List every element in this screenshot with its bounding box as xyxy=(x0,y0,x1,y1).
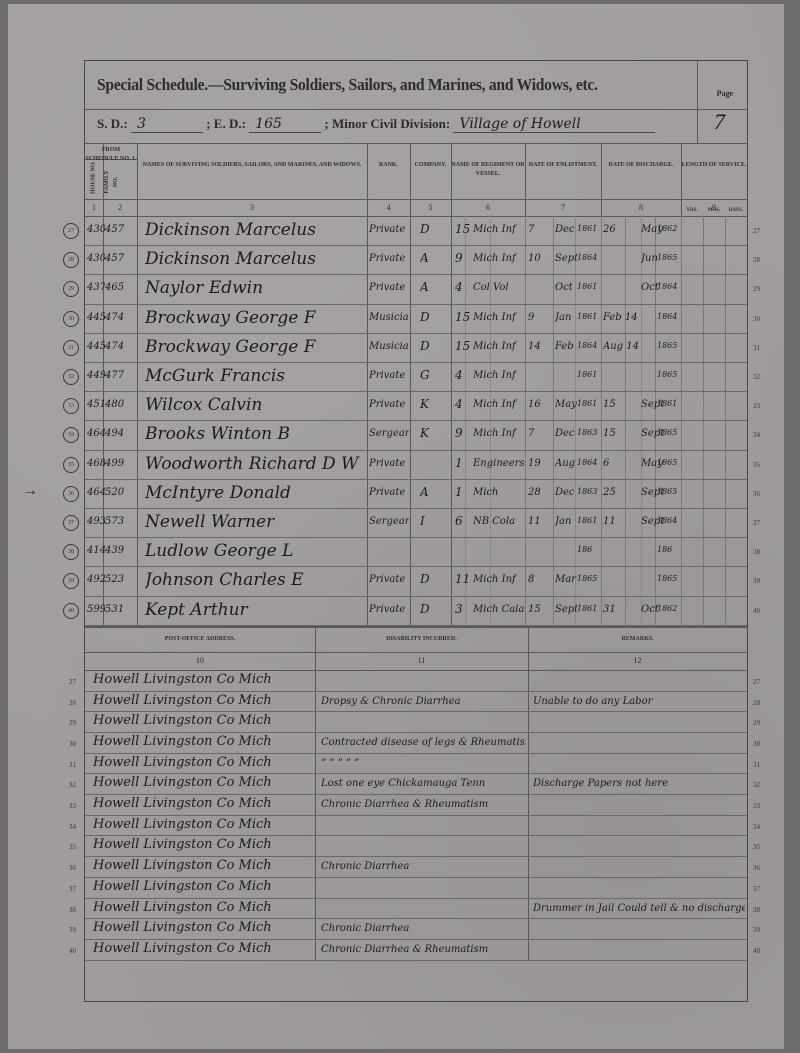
house-number: 451 xyxy=(87,399,105,410)
disability-incurred: Chronic Diarrhea xyxy=(321,923,526,934)
enlistment-month: Jan xyxy=(555,312,577,323)
margin-arrow-icon: → xyxy=(22,482,38,500)
enlistment-year: 1861 xyxy=(577,399,601,408)
row-rule xyxy=(85,566,747,567)
soldier-name: Brockway George F xyxy=(145,337,360,357)
rank: Sergeant xyxy=(369,428,409,439)
house-number: 464 xyxy=(87,428,105,439)
regiment-name: Mich Inf xyxy=(473,574,525,585)
right-line-number: 30 xyxy=(753,315,760,323)
post-office-address: Howell Livingston Co Mich xyxy=(93,817,313,832)
col-rule xyxy=(528,626,529,960)
discharge-year: 1864 xyxy=(657,282,681,291)
enlistment-day: 8 xyxy=(528,574,552,585)
right-line-number: 36 xyxy=(753,490,760,498)
enlistment-year: 1861 xyxy=(577,282,601,291)
row-rule xyxy=(85,245,747,246)
soldier-name: Brockway George F xyxy=(145,308,360,328)
service-subheader: Days. xyxy=(725,206,747,215)
regiment-number: 15 xyxy=(455,339,475,353)
right-line-number: 35 xyxy=(753,461,760,469)
row-rule xyxy=(85,450,747,451)
regiment-name: Mich Cala xyxy=(473,604,525,615)
column-header-8: Date of Discharge. xyxy=(601,161,681,170)
regiment-name: Mich Inf xyxy=(473,399,525,410)
discharge-day: Feb 14 xyxy=(603,312,641,323)
enlistment-month: Feb xyxy=(555,341,577,352)
regiment-number: 9 xyxy=(455,251,475,265)
enlistment-day: 11 xyxy=(528,516,552,527)
column-number-5: 5 xyxy=(410,203,451,212)
left-line-number: 35 xyxy=(69,843,76,851)
right-line-number: 38 xyxy=(753,548,760,556)
discharge-day: 26 xyxy=(603,224,641,235)
rank: Private xyxy=(369,604,409,615)
rule xyxy=(85,143,747,144)
row-rule xyxy=(85,732,747,733)
house-number: 468 xyxy=(87,458,105,469)
discharge-year: 186 xyxy=(657,545,681,554)
schedule-title: Special Schedule.—Surviving Soldiers, Sa… xyxy=(97,75,598,95)
family-number: 457 xyxy=(105,224,135,235)
enlistment-year: 1861 xyxy=(577,224,601,233)
discharge-year: 1865 xyxy=(657,574,681,583)
regiment-name: Col Vol xyxy=(473,282,525,293)
discharge-day: 31 xyxy=(603,604,641,615)
company: G xyxy=(420,368,448,382)
column-header-1: House No. xyxy=(90,161,99,195)
family-number: 499 xyxy=(105,458,135,469)
left-line-number: 27 xyxy=(69,678,76,686)
post-office-address: Howell Livingston Co Mich xyxy=(93,713,313,728)
house-number: 492 xyxy=(87,574,105,585)
enlistment-year: 186 xyxy=(577,545,601,554)
enlistment-day: 7 xyxy=(528,224,552,235)
enlistment-day: 7 xyxy=(528,428,552,439)
service-subheader: Mos. xyxy=(703,206,725,215)
post-office-address: Howell Livingston Co Mich xyxy=(93,775,313,790)
soldier-name: Dickinson Marcelus xyxy=(145,249,360,269)
enlistment-year: 1861 xyxy=(577,516,601,525)
family-number: 474 xyxy=(105,312,135,323)
enlistment-month: Jan xyxy=(555,516,577,527)
column-header-10: Post-office Address. xyxy=(85,635,315,644)
house-number: 414 xyxy=(87,545,105,556)
column-header-6: Name of Regiment or Vessel. xyxy=(451,161,525,179)
rank: Sergeant xyxy=(369,516,409,527)
regiment-number: 4 xyxy=(455,280,475,294)
column-number-8: 8 xyxy=(601,203,681,212)
regiment-number: 4 xyxy=(455,397,475,411)
right-line-number: 28 xyxy=(753,256,760,264)
line-number-circle: 35 xyxy=(63,457,79,473)
rank: Private xyxy=(369,399,409,410)
sd-value: 3 xyxy=(131,116,203,133)
line-number-circle: 36 xyxy=(63,486,79,502)
discharge-day: 15 xyxy=(603,399,641,410)
enlistment-year: 1861 xyxy=(577,370,601,379)
column-number-3: 3 xyxy=(137,203,367,212)
house-number: 430 xyxy=(87,224,105,235)
row-rule xyxy=(85,960,747,961)
left-line-number: 37 xyxy=(69,885,76,893)
house-number: 464 xyxy=(87,487,105,498)
left-line-number: 30 xyxy=(69,740,76,748)
row-rule xyxy=(85,274,747,275)
row-rule xyxy=(85,596,747,597)
rule xyxy=(85,199,747,200)
regiment-number: 11 xyxy=(455,572,475,586)
right-line-number: 39 xyxy=(753,577,760,585)
enlistment-year: 1864 xyxy=(577,458,601,467)
service-subheader: Yrs. xyxy=(681,206,703,215)
post-office-address: Howell Livingston Co Mich xyxy=(93,672,313,687)
row-rule xyxy=(85,391,747,392)
house-number: 493 xyxy=(87,516,105,527)
column-header-3: Names of Surviving Soldiers, Sailors, an… xyxy=(137,161,367,170)
right-line-number: 32 xyxy=(753,373,760,381)
soldier-name: Wilcox Calvin xyxy=(145,395,360,415)
row-rule xyxy=(85,753,747,754)
right-line-number: 33 xyxy=(753,402,760,410)
row-rule xyxy=(85,420,747,421)
regiment-number: 1 xyxy=(455,456,475,470)
family-number: 480 xyxy=(105,399,135,410)
family-number: 457 xyxy=(105,253,135,264)
row-rule xyxy=(85,877,747,878)
row-rule xyxy=(85,333,747,334)
column-number-2: 2 xyxy=(103,203,137,212)
house-number: 445 xyxy=(87,341,105,352)
column-number-4: 4 xyxy=(367,203,410,212)
left-line-number: 31 xyxy=(69,761,76,769)
column-header-7: Date of Enlistment. xyxy=(525,161,601,170)
discharge-year: 1861 xyxy=(657,399,681,408)
right-line-number: 29 xyxy=(753,285,760,293)
company: K xyxy=(420,397,448,411)
rule xyxy=(85,216,747,217)
row-rule xyxy=(85,362,747,363)
soldier-name: McIntyre Donald xyxy=(145,483,360,503)
enlistment-day: 16 xyxy=(528,399,552,410)
enlistment-month: Sept xyxy=(555,604,577,615)
company: D xyxy=(420,572,448,586)
enlistment-year: 1863 xyxy=(577,487,601,496)
post-office-address: Howell Livingston Co Mich xyxy=(93,837,313,852)
page-label: Page xyxy=(717,89,733,98)
right-line-number: 35 xyxy=(753,843,760,851)
column-number-6: 6 xyxy=(451,203,525,212)
row-rule xyxy=(85,773,747,774)
enlistment-year: 1865 xyxy=(577,574,601,583)
discharge-year: 1865 xyxy=(657,487,681,496)
discharge-day: Aug 14 xyxy=(603,341,641,352)
row-rule xyxy=(85,479,747,480)
discharge-year: 1865 xyxy=(657,341,681,350)
rank: Private xyxy=(369,370,409,381)
house-number: 445 xyxy=(87,312,105,323)
disability-incurred: Dropsy & Chronic Diarrhea xyxy=(321,696,526,707)
right-line-number: 34 xyxy=(753,431,760,439)
left-line-number: 34 xyxy=(69,823,76,831)
post-office-address: Howell Livingston Co Mich xyxy=(93,858,313,873)
family-number: 523 xyxy=(105,574,135,585)
post-office-address: Howell Livingston Co Mich xyxy=(93,879,313,894)
rule xyxy=(85,670,747,671)
column-number-7: 7 xyxy=(525,203,601,212)
mcd-value: Village of Howell xyxy=(453,116,655,133)
family-number: 494 xyxy=(105,428,135,439)
soldier-name: Brooks Winton B xyxy=(145,424,360,444)
enlistment-month: Dec xyxy=(555,428,577,439)
left-line-number: 36 xyxy=(69,864,76,872)
enlistment-month: Aug xyxy=(555,458,577,469)
post-office-address: Howell Livingston Co Mich xyxy=(93,693,313,708)
column-header-9: Length of Service. xyxy=(681,161,747,170)
row-rule xyxy=(85,815,747,816)
post-office-address: Howell Livingston Co Mich xyxy=(93,755,313,770)
line-number-circle: 31 xyxy=(63,340,79,356)
remarks: Discharge Papers not here xyxy=(533,778,745,789)
enlistment-month: Mar xyxy=(555,574,577,585)
column-header-12: Remarks. xyxy=(528,635,747,644)
enlistment-month: May xyxy=(555,399,577,410)
row-rule xyxy=(85,918,747,919)
right-line-number: 37 xyxy=(753,885,760,893)
discharge-year: 1865 xyxy=(657,370,681,379)
company: A xyxy=(420,251,448,265)
rank: Private xyxy=(369,224,409,235)
regiment-name: Mich Inf xyxy=(473,428,525,439)
line-number-circle: 40 xyxy=(63,603,79,619)
column-number-11: 11 xyxy=(315,656,528,665)
page-number: 7 xyxy=(714,109,725,135)
enlistment-month: Sept xyxy=(555,253,577,264)
house-number: 599 xyxy=(87,604,105,615)
remarks: Unable to do any Labor xyxy=(533,696,745,707)
row-rule xyxy=(85,856,747,857)
right-line-number: 31 xyxy=(753,344,760,352)
regiment-name: Mich Inf xyxy=(473,312,525,323)
discharge-day: 25 xyxy=(603,487,641,498)
family-number: 520 xyxy=(105,487,135,498)
regiment-name: Mich xyxy=(473,487,525,498)
post-office-address: Howell Livingston Co Mich xyxy=(93,734,313,749)
enlistment-day: 19 xyxy=(528,458,552,469)
enlistment-day: 28 xyxy=(528,487,552,498)
soldier-name: McGurk Francis xyxy=(145,366,360,386)
discharge-year: 1864 xyxy=(657,312,681,321)
soldier-name: Johnson Charles E xyxy=(145,570,360,590)
disability-incurred: Chronic Diarrhea & Rheumatism xyxy=(321,944,526,955)
column-number-12: 12 xyxy=(528,656,747,665)
soldier-name: Newell Warner xyxy=(145,512,360,532)
enlistment-month: Dec xyxy=(555,224,577,235)
right-line-number: 39 xyxy=(753,926,760,934)
enlistment-year: 1863 xyxy=(577,428,601,437)
soldier-name: Dickinson Marcelus xyxy=(145,220,360,240)
house-number: 430 xyxy=(87,253,105,264)
disability-incurred: Contracted disease of legs & Rheumatism xyxy=(321,737,526,748)
special-schedule-form: Special Schedule.—Surviving Soldiers, Sa… xyxy=(84,60,748,1002)
enlistment-year: 1864 xyxy=(577,253,601,262)
company: A xyxy=(420,485,448,499)
mcd-label: ; Minor Civil Division: xyxy=(324,116,450,131)
regiment-number: 15 xyxy=(455,222,475,236)
regiment-number: 9 xyxy=(455,426,475,440)
regiment-number: 6 xyxy=(455,514,475,528)
right-line-number: 29 xyxy=(753,719,760,727)
right-line-number: 27 xyxy=(753,678,760,686)
ed-value: 165 xyxy=(249,116,321,133)
line-number-circle: 30 xyxy=(63,311,79,327)
company: A xyxy=(420,280,448,294)
rank: Musician xyxy=(369,312,409,323)
regiment-name: Mich Inf xyxy=(473,341,525,352)
right-line-number: 30 xyxy=(753,740,760,748)
right-line-number: 40 xyxy=(753,607,760,615)
row-rule xyxy=(85,835,747,836)
row-rule xyxy=(85,304,747,305)
discharge-day: 15 xyxy=(603,428,641,439)
discharge-year: 1865 xyxy=(657,458,681,467)
family-number: 573 xyxy=(105,516,135,527)
column-header-5: Company. xyxy=(410,161,451,170)
regiment-name: NB Cola xyxy=(473,516,525,527)
column-header-4: Rank. xyxy=(367,161,410,170)
column-header-11: Disability Incurred. xyxy=(315,635,528,644)
discharge-day: 6 xyxy=(603,458,641,469)
soldier-name: Woodworth Richard D W xyxy=(145,454,360,474)
discharge-year: 1862 xyxy=(657,224,681,233)
enlistment-year: 1864 xyxy=(577,341,601,350)
rule xyxy=(85,109,747,110)
right-line-number: 32 xyxy=(753,781,760,789)
disability-incurred: Chronic Diarrhea xyxy=(321,861,526,872)
row-rule xyxy=(85,711,747,712)
disability-incurred: Lost one eye Chickamauga Tenn xyxy=(321,778,526,789)
enlistment-year: 1861 xyxy=(577,604,601,613)
sd-label: S. D.: xyxy=(97,116,128,131)
family-number: 465 xyxy=(105,282,135,293)
row-rule xyxy=(85,898,747,899)
family-number: 531 xyxy=(105,604,135,615)
family-number: 439 xyxy=(105,545,135,556)
col-rule xyxy=(315,626,316,960)
company: K xyxy=(420,426,448,440)
family-number: 474 xyxy=(105,341,135,352)
left-line-number: 38 xyxy=(69,906,76,914)
discharge-year: 1865 xyxy=(657,428,681,437)
discharge-year: 1862 xyxy=(657,604,681,613)
enlistment-day: 10 xyxy=(528,253,552,264)
right-line-number: 37 xyxy=(753,519,760,527)
soldier-name: Ludlow George L xyxy=(145,541,360,561)
line-number-circle: 37 xyxy=(63,515,79,531)
remarks: Drummer in Jail Could tell & no discharg… xyxy=(533,903,745,914)
right-line-number: 33 xyxy=(753,802,760,810)
company: D xyxy=(420,602,448,616)
column-number-1: 1 xyxy=(85,203,103,212)
regiment-number: 15 xyxy=(455,310,475,324)
disability-incurred: Chronic Diarrhea & Rheumatism xyxy=(321,799,526,810)
rule xyxy=(85,626,747,628)
company: D xyxy=(420,339,448,353)
right-line-number: 34 xyxy=(753,823,760,831)
right-line-number: 38 xyxy=(753,906,760,914)
line-number-circle: 27 xyxy=(63,223,79,239)
post-office-address: Howell Livingston Co Mich xyxy=(93,941,313,956)
regiment-number: 3 xyxy=(455,602,475,616)
enlistment-month: Dec xyxy=(555,487,577,498)
discharge-year: 1864 xyxy=(657,516,681,525)
soldier-name: Naylor Edwin xyxy=(145,278,360,298)
ed-label: ; E. D.: xyxy=(206,116,246,131)
row-rule xyxy=(85,508,747,509)
rank: Private xyxy=(369,282,409,293)
rule xyxy=(697,61,698,143)
left-line-number: 28 xyxy=(69,699,76,707)
row-rule xyxy=(85,794,747,795)
right-line-number: 27 xyxy=(753,227,760,235)
left-line-number: 39 xyxy=(69,926,76,934)
district-info: S. D.: 3 ; E. D.: 165 ; Minor Civil Divi… xyxy=(97,116,655,133)
post-office-address: Howell Livingston Co Mich xyxy=(93,900,313,915)
left-line-number: 40 xyxy=(69,947,76,955)
right-line-number: 28 xyxy=(753,699,760,707)
enlistment-day: 14 xyxy=(528,341,552,352)
family-number: 477 xyxy=(105,370,135,381)
discharge-day: 11 xyxy=(603,516,641,527)
enlistment-year: 1861 xyxy=(577,312,601,321)
row-rule xyxy=(85,939,747,940)
post-office-address: Howell Livingston Co Mich xyxy=(93,920,313,935)
company: D xyxy=(420,310,448,324)
regiment-name: Mich Inf xyxy=(473,253,525,264)
left-line-number: 32 xyxy=(69,781,76,789)
column-number-10: 10 xyxy=(85,656,315,665)
rank: Private xyxy=(369,574,409,585)
rank: Musician xyxy=(369,341,409,352)
regiment-name: Engineers xyxy=(473,458,525,469)
house-number: 449 xyxy=(87,370,105,381)
regiment-number: 4 xyxy=(455,368,475,382)
house-number: 437 xyxy=(87,282,105,293)
regiment-name: Mich Inf xyxy=(473,224,525,235)
post-office-address: Howell Livingston Co Mich xyxy=(93,796,313,811)
enlistment-month: Oct xyxy=(555,282,577,293)
rank: Private xyxy=(369,487,409,498)
line-number-circle: 32 xyxy=(63,369,79,385)
enlistment-day: 15 xyxy=(528,604,552,615)
column-header-2: Family No. xyxy=(103,165,121,199)
left-line-number: 33 xyxy=(69,802,76,810)
rank: Private xyxy=(369,458,409,469)
disability-incurred: ” ” ” ” ” xyxy=(321,758,526,769)
row-rule xyxy=(85,537,747,538)
company: I xyxy=(420,514,448,528)
right-line-number: 36 xyxy=(753,864,760,872)
regiment-name: Mich Inf xyxy=(473,370,525,381)
soldier-name: Kept Arthur xyxy=(145,600,360,620)
rule xyxy=(85,652,747,653)
row-rule xyxy=(85,691,747,692)
company: D xyxy=(420,222,448,236)
discharge-year: 1865 xyxy=(657,253,681,262)
right-line-number: 31 xyxy=(753,761,760,769)
right-line-number: 40 xyxy=(753,947,760,955)
rank: Private xyxy=(369,253,409,264)
